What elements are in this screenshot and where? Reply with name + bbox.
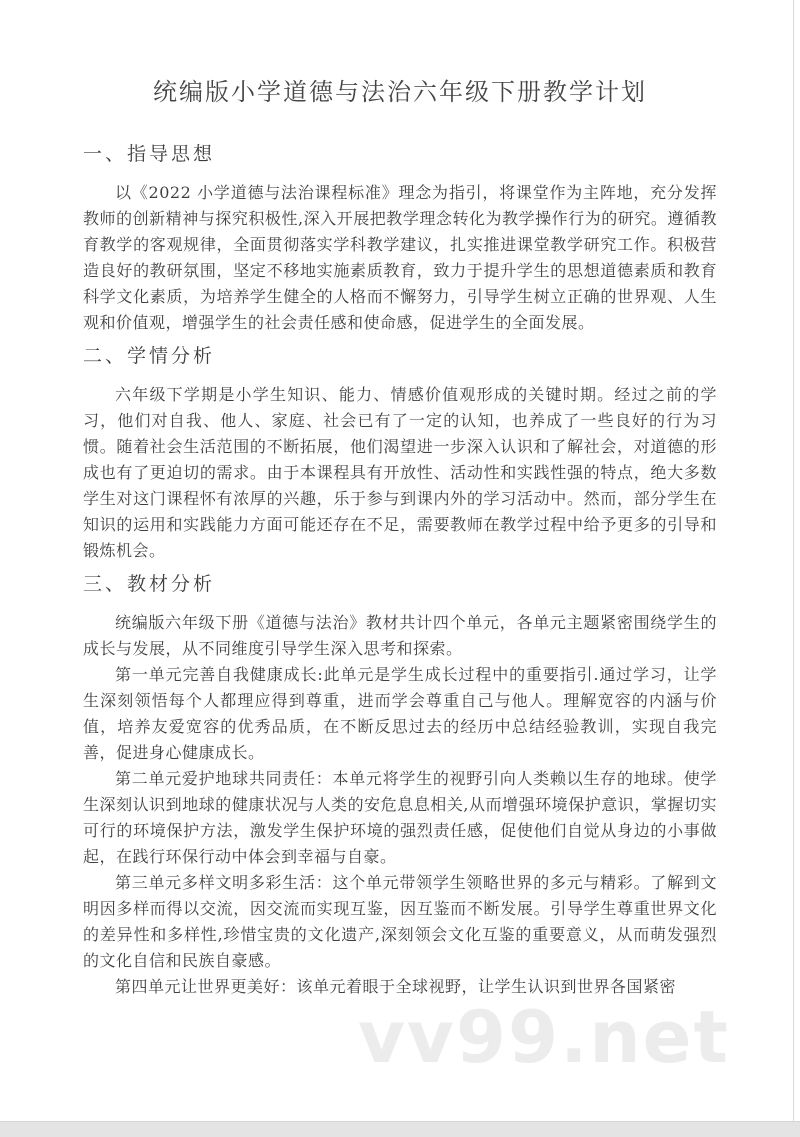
- section-heading-guiding-ideology: 一、指导思想: [83, 142, 717, 166]
- section-heading-learner-analysis: 二、学情分析: [83, 344, 717, 368]
- section-heading-textbook-analysis: 三、教材分析: [83, 572, 717, 596]
- document-title: 统编版小学道德与法治六年级下册教学计划: [83, 0, 717, 108]
- document-page: vv99.net 统编版小学道德与法治六年级下册教学计划 一、指导思想 以《20…: [0, 0, 800, 1137]
- paragraph-unit-2: 第二单元爱护地球共同责任：本单元将学生的视野引向人类赖以生存的地球。使学生深刻认…: [83, 766, 717, 870]
- paragraph-learner-analysis: 六年级下学期是小学生知识、能力、情感价值观形成的关键时期。经过之前的学习，他们对…: [83, 382, 717, 564]
- paragraph-textbook-overview: 统编版六年级下册《道德与法治》教材共计四个单元，各单元主题紧密围绕学生的成长与发…: [83, 610, 717, 662]
- document-content: 统编版小学道德与法治六年级下册教学计划 一、指导思想 以《2022 小学道德与法…: [0, 0, 800, 1000]
- page-bottom-edge: [0, 1121, 800, 1137]
- paragraph-unit-1: 第一单元完善自我健康成长:此单元是学生成长过程中的重要指引.通过学习，让学生深刻…: [83, 662, 717, 766]
- paragraph-unit-4: 第四单元让世界更美好：该单元着眼于全球视野，让学生认识到世界各国紧密: [83, 974, 717, 1000]
- page-right-edge: [793, 0, 794, 1122]
- site-watermark: vv99.net: [358, 995, 730, 1079]
- paragraph-guiding-ideology: 以《2022 小学道德与法治课程标准》理念为指引，将课堂作为主阵地，充分发挥教师…: [83, 180, 717, 336]
- paragraph-unit-3: 第三单元多样文明多彩生活：这个单元带领学生领略世界的多元与精彩。了解到文明因多样…: [83, 870, 717, 974]
